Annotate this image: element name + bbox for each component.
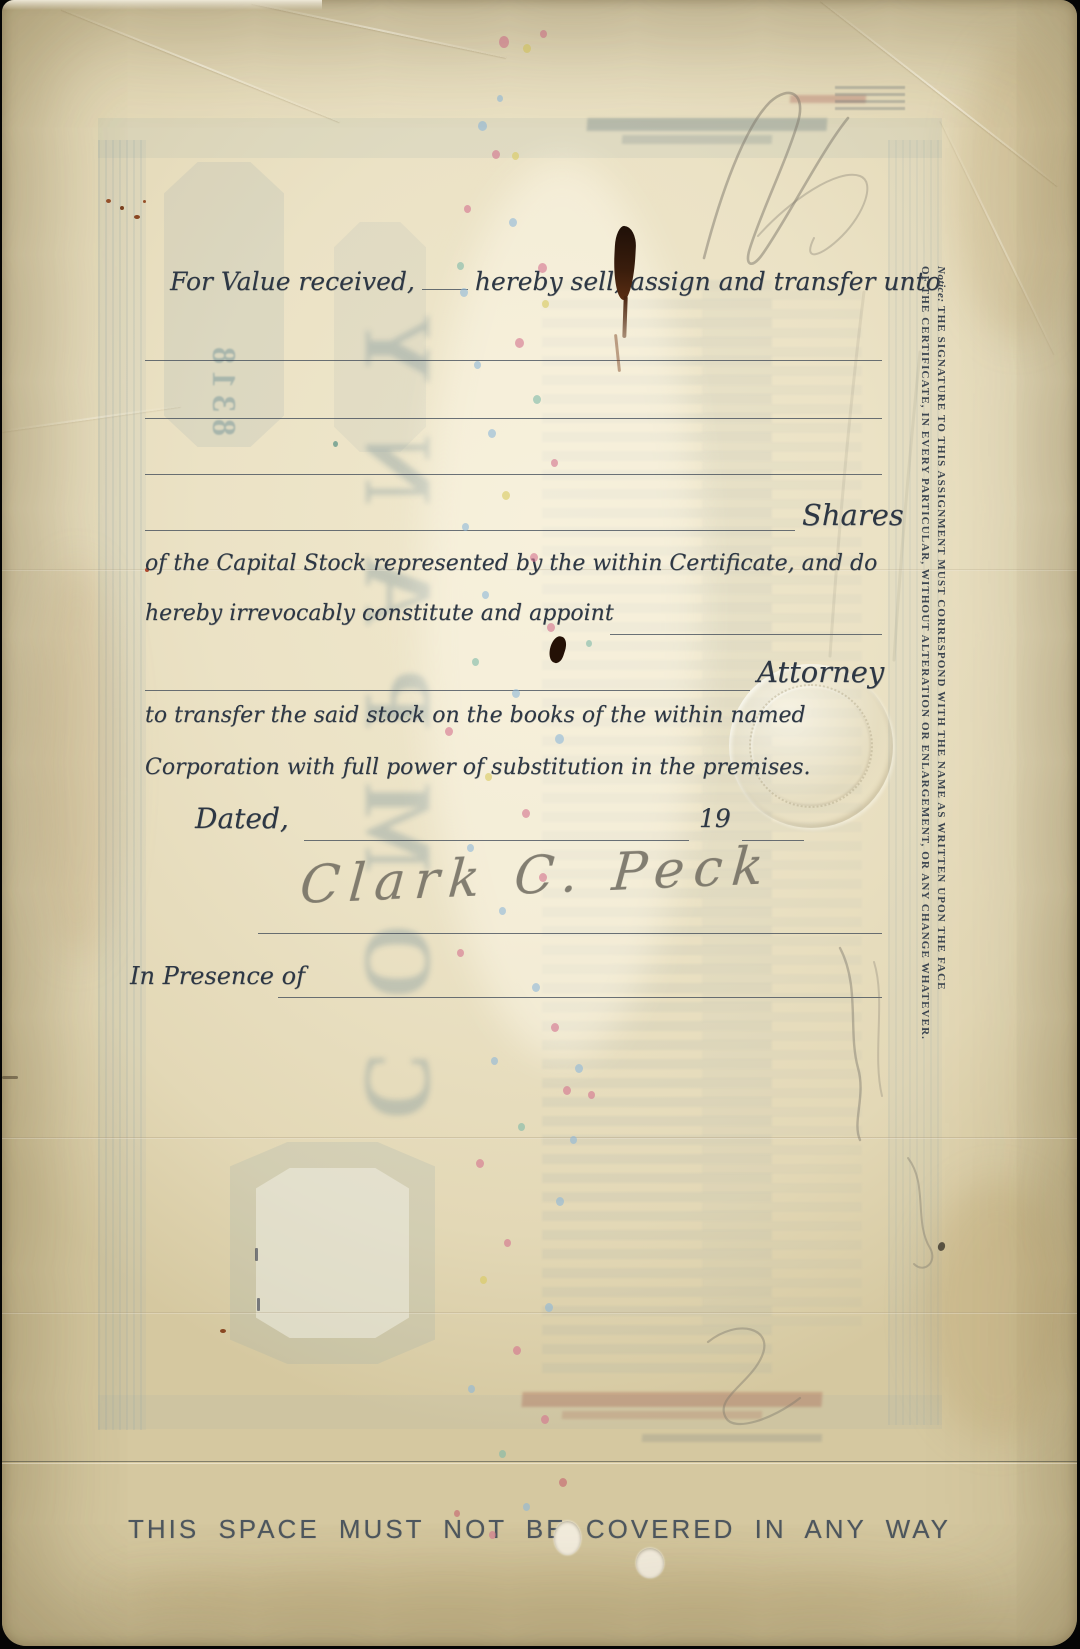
confetti-dot bbox=[468, 1385, 475, 1393]
confetti-dot bbox=[476, 1159, 484, 1168]
confetti-dot bbox=[460, 288, 468, 297]
confetti-dot bbox=[586, 640, 592, 647]
confetti-dot bbox=[464, 205, 471, 213]
confetti-dot bbox=[457, 949, 464, 957]
confetti-dot bbox=[542, 300, 549, 308]
confetti-dot bbox=[530, 553, 538, 562]
confetti-dot bbox=[575, 1064, 583, 1073]
paper-edge-highlight bbox=[2, 0, 322, 10]
confetti-dot bbox=[489, 1531, 496, 1539]
punch-hole bbox=[636, 1548, 664, 1578]
confetti-dot bbox=[545, 1303, 553, 1312]
confetti-dot bbox=[454, 1510, 460, 1517]
confetti-dot bbox=[512, 152, 519, 160]
confetti-dot bbox=[515, 338, 524, 348]
confetti-dot bbox=[547, 623, 555, 632]
confetti-dot bbox=[559, 1478, 567, 1487]
confetti-dot bbox=[513, 1346, 521, 1355]
confetti-dot bbox=[499, 907, 506, 915]
confetti-dot bbox=[518, 1123, 525, 1131]
confetti-dot bbox=[467, 844, 474, 852]
confetti-dot bbox=[570, 1136, 577, 1144]
confetti-dot bbox=[472, 658, 479, 666]
confetti-dot bbox=[462, 523, 469, 531]
confetti-dot bbox=[512, 689, 520, 698]
confetti-dot bbox=[539, 873, 547, 882]
confetti-dot bbox=[556, 1197, 564, 1206]
confetti-dot bbox=[588, 1091, 595, 1099]
confetti-dot bbox=[502, 491, 510, 500]
confetti-dot bbox=[551, 459, 558, 467]
confetti-dot bbox=[497, 95, 503, 102]
confetti-dot bbox=[482, 591, 489, 599]
confetti-dot bbox=[499, 1450, 506, 1458]
confetti-dot bbox=[457, 262, 464, 270]
certificate-back-paper: COMPANY 8318 bbox=[2, 0, 1077, 1646]
confetti-dot bbox=[474, 361, 481, 369]
confetti-dot bbox=[541, 1415, 549, 1424]
confetti-dot bbox=[538, 263, 547, 273]
scanned-certificate-image: COMPANY 8318 bbox=[0, 0, 1080, 1649]
confetti-dot bbox=[555, 734, 564, 744]
confetti-dot bbox=[478, 121, 487, 131]
confetti-dot bbox=[488, 429, 496, 438]
confetti-dot bbox=[523, 44, 531, 53]
confetti-dot bbox=[492, 150, 500, 159]
confetti-dot bbox=[551, 1023, 559, 1032]
punch-hole bbox=[554, 1521, 581, 1555]
confetti-dot bbox=[491, 1057, 498, 1065]
confetti-dot bbox=[504, 1239, 511, 1247]
confetti-dot bbox=[445, 727, 453, 736]
confetti-layer bbox=[2, 0, 1077, 1646]
confetti-dot bbox=[499, 36, 509, 48]
confetti-dot bbox=[480, 1276, 487, 1284]
confetti-dot bbox=[485, 773, 492, 781]
confetti-dot bbox=[563, 1086, 571, 1095]
confetti-dot bbox=[540, 30, 547, 38]
confetti-dot bbox=[509, 218, 517, 227]
confetti-dot bbox=[532, 983, 540, 992]
confetti-dot bbox=[523, 1503, 530, 1511]
confetti-dot bbox=[533, 395, 541, 404]
confetti-dot bbox=[522, 809, 530, 818]
